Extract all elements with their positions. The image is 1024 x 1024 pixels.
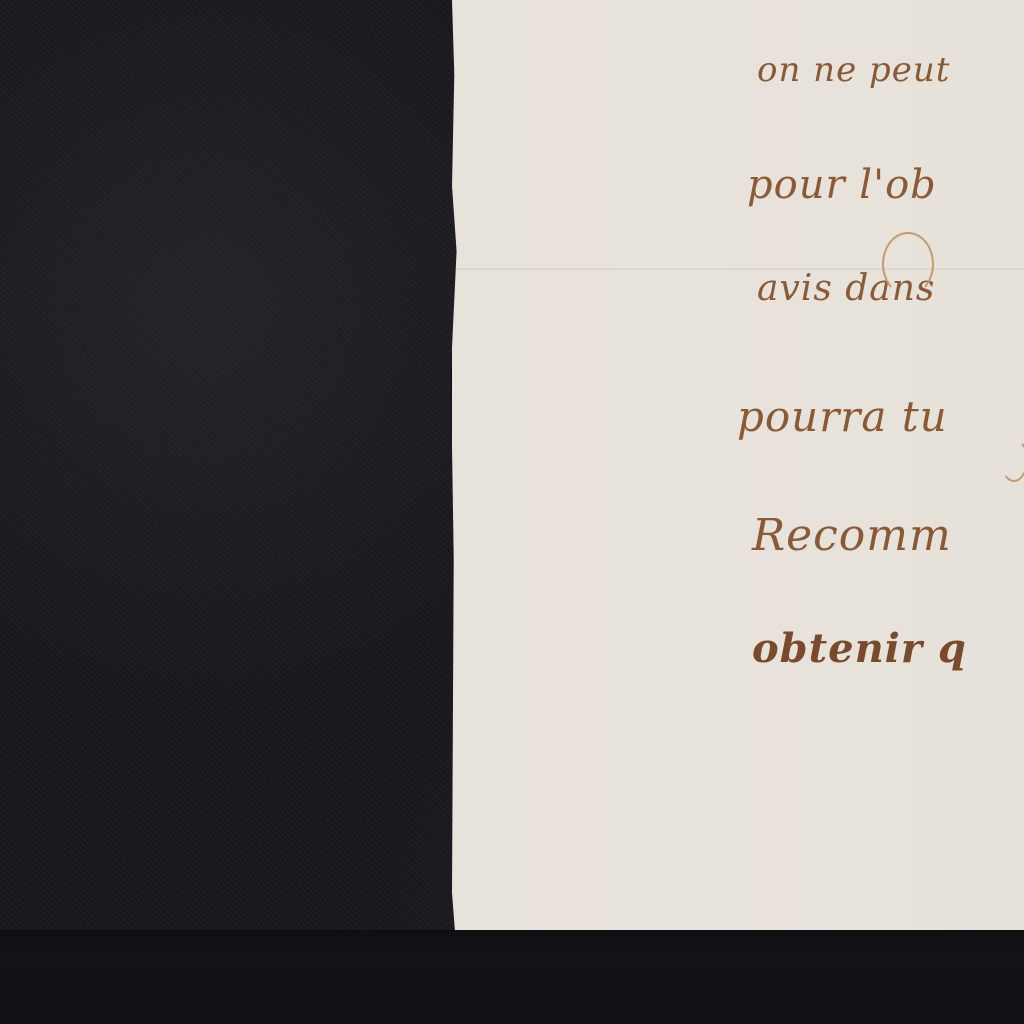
handwritten-line-4: pourra tu [737,392,948,441]
bottom-felt-band [0,930,1024,1024]
handwritten-line-2: pour l'ob [747,162,937,208]
paper-fold-line [452,268,1024,270]
ink-flourish-icon [882,232,934,296]
photo-background: on ne peut pour l'ob avis dans pourra tu… [0,0,1024,1024]
ink-flourish-icon [1000,438,1024,482]
handwritten-line-6: obtenir q [752,625,967,672]
handwritten-line-1: on ne peut [757,50,950,90]
manuscript-page: on ne peut pour l'ob avis dans pourra tu… [452,0,1024,930]
handwritten-line-5: Recomm [752,510,952,561]
